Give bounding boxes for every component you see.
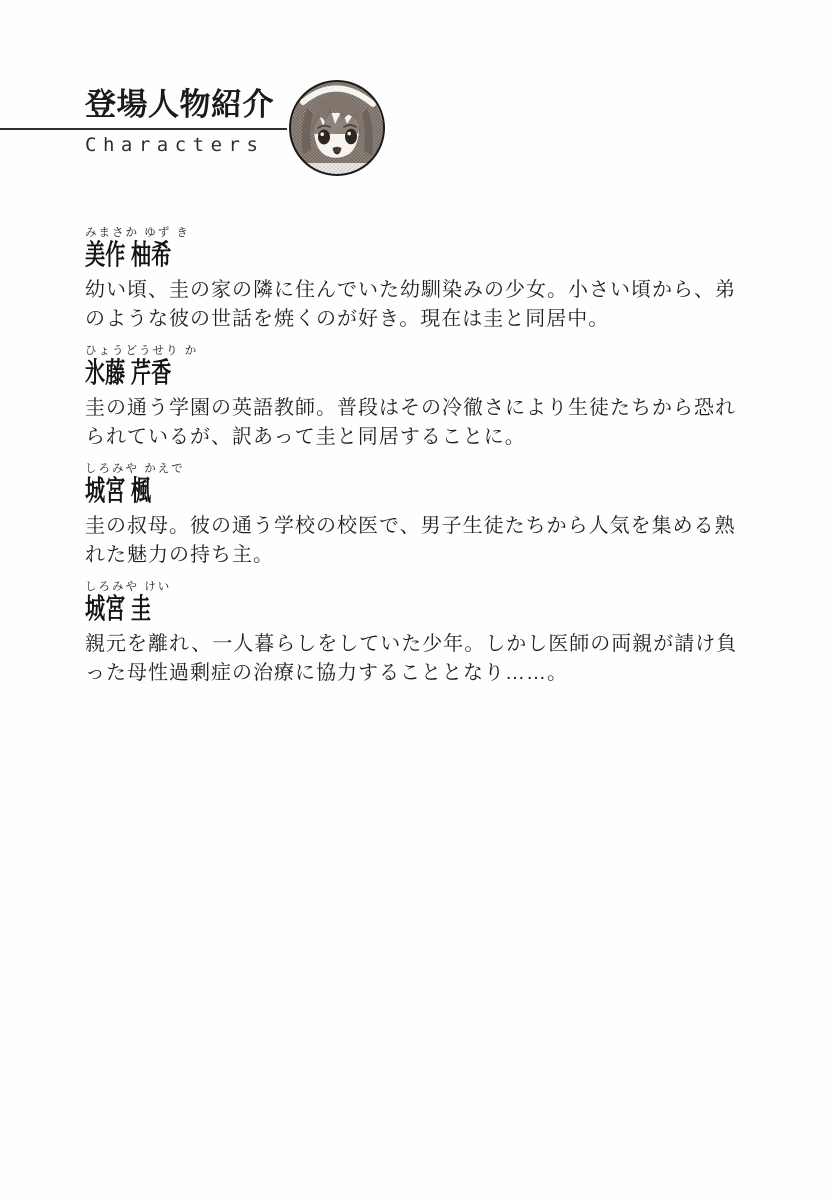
character-entry-kaede: しろみや かえで 城宮 楓 圭の叔母。彼の通う学校の校医で、男子生徒たちから人気… bbox=[85, 462, 761, 570]
character-name: 城宮 圭 bbox=[85, 594, 151, 624]
character-description-line: 親元を離れ、一人暮らしをしていた少年。しかし医師の両親が請け負 bbox=[85, 630, 761, 659]
character-name: 城宮 楓 bbox=[85, 476, 151, 506]
character-entry-kei: しろみや けい 城宮 圭 親元を離れ、一人暮らしをしていた少年。しかし医師の両親… bbox=[85, 580, 761, 688]
character-entry-serika: ひょうどうせり か 氷藤 芹香 圭の通う学園の英語教師。普段はその冷徹さにより生… bbox=[85, 344, 761, 452]
page-subtitle: Characters bbox=[85, 134, 264, 156]
furigana: しろみや けい bbox=[85, 580, 761, 594]
character-description-line: 圭の叔母。彼の通う学校の校医で、男子生徒たちから人気を集める熟 bbox=[85, 512, 761, 541]
book-page: 登場人物紹介 Characters bbox=[0, 0, 834, 1200]
furigana: しろみや かえで bbox=[85, 462, 761, 476]
character-list: みまさか ゆず き 美作 柚希 幼い頃、圭の家の隣に住んでいた幼馴染みの少女。小… bbox=[85, 226, 761, 698]
character-description-line: 圭の通う学園の英語教師。普段はその冷徹さにより生徒たちから恐れ bbox=[85, 394, 761, 423]
page-title: 登場人物紹介 bbox=[85, 83, 274, 128]
character-description-line: られているが、訳あって圭と同居することに。 bbox=[85, 423, 761, 452]
character-name: 氷藤 芹香 bbox=[85, 358, 171, 388]
character-name: 美作 柚希 bbox=[85, 240, 171, 270]
character-entry-yuzuki: みまさか ゆず き 美作 柚希 幼い頃、圭の家の隣に住んでいた幼馴染みの少女。小… bbox=[85, 226, 761, 334]
character-description-line: のような彼の世話を焼くのが好き。現在は圭と同居中。 bbox=[85, 305, 761, 334]
portrait-svg bbox=[287, 78, 387, 178]
furigana: みまさか ゆず き bbox=[85, 226, 761, 240]
character-description-line: った母性過剰症の治療に協力することとなり……。 bbox=[85, 659, 761, 688]
furigana: ひょうどうせり か bbox=[85, 344, 761, 358]
anime-girl-portrait-icon bbox=[287, 78, 387, 178]
header-rule bbox=[0, 128, 287, 130]
character-description-line: 幼い頃、圭の家の隣に住んでいた幼馴染みの少女。小さい頃から、弟 bbox=[85, 276, 761, 305]
character-description-line: れた魅力の持ち主。 bbox=[85, 541, 761, 570]
